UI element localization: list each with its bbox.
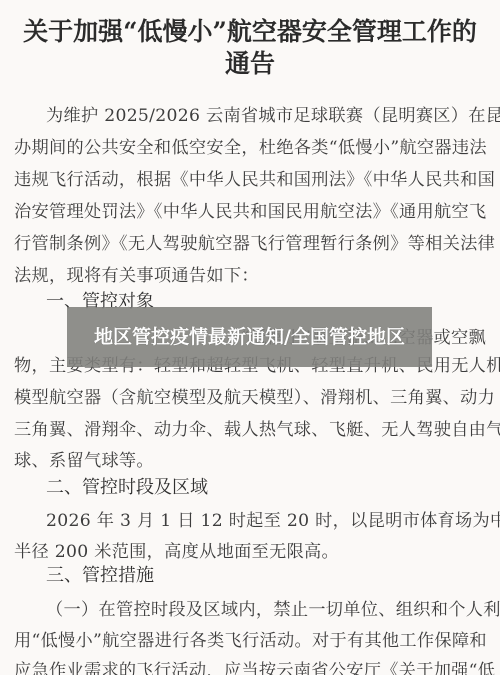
intro-line: 为维护 2025/2026 云南省城市足球联赛（昆明赛区）在昆举 [46, 106, 486, 126]
section2-line: 2026 年 3 月 1 日 12 时起至 20 时，以昆明市体育场为中心， [46, 511, 486, 531]
section3-line: 用“低慢小”航空器进行各类飞行活动。对于有其他工作保障和 [14, 631, 486, 651]
section1-line: 球、系留气球等。 [14, 451, 486, 471]
section2-line: 半径 200 米范围，高度从地面至无限高。 [14, 542, 486, 562]
document-title-line-1: 关于加强“低慢小”航空器安全管理工作的 [0, 12, 500, 48]
intro-line: 法规，现将有关事项通告如下： [14, 266, 486, 286]
overlay-caption: 地区管控疫情最新通知/全国管控地区 [85, 325, 415, 349]
section-heading-time-and-area: 二、管控时段及区域 [46, 477, 208, 499]
intro-line: 行管制条例》《无人驾驶航空器飞行管理暂行条例》等相关法律 [14, 234, 486, 254]
section1-line: 模型航空器（含航空模型及航天模型）、滑翔机、三角翼、动力 [14, 388, 486, 408]
section-heading-control-measures: 三、管控措施 [46, 565, 154, 587]
caption-overlay-banner: 地区管控疫情最新通知/全国管控地区 [67, 307, 432, 367]
intro-line: 办期间的公共安全和低空安全，杜绝各类“低慢小”航空器违法 [14, 138, 486, 158]
intro-line: 违规飞行活动，根据《中华人民共和国刑法》《中华人民共和国 [14, 170, 486, 190]
section1-line: 三角翼、滑翔伞、动力伞、载人热气球、飞艇、无人驾驶自由气 [14, 420, 486, 440]
section3-line: （一）在管控时段及区域内，禁止一切单位、组织和个人利 [46, 600, 486, 620]
section3-line: 应急作业需求的飞行活动，应当按云南省公安厅《关于加强“低 [14, 661, 486, 675]
intro-line: 治安管理处罚法》《中华人民共和国民用航空法》《通用航空飞 [14, 202, 486, 222]
document-title-line-2: 通告 [0, 44, 500, 80]
